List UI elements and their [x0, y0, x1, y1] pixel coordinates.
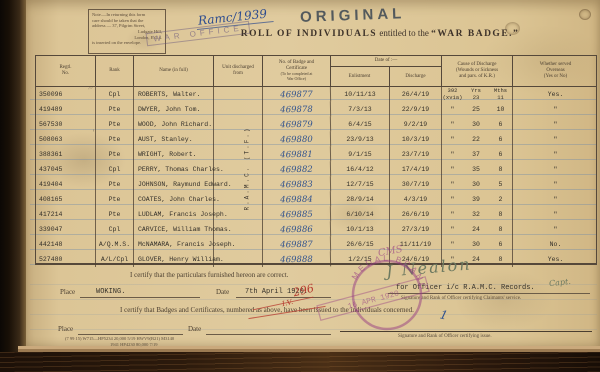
cell-rank: Pte: [96, 192, 134, 207]
table-row: 388361PteWRIGHT, Robert.4698819/1/1523/7…: [36, 147, 596, 162]
col-regtl-no: Regtl. No.: [36, 56, 96, 86]
col-label: Date of :—: [331, 56, 441, 67]
cell-discharge: 26/6/19: [390, 207, 442, 222]
svg-text:16 APR 1920: 16 APR 1920: [347, 289, 401, 311]
cell-unit: [214, 162, 263, 177]
cell-cause: ": [442, 117, 463, 132]
col-label: and pars. of K.R.): [459, 74, 495, 80]
cell-regtl-no: 339047: [36, 222, 96, 237]
table-row: 417214PteLUDLAM, Francis Joseph.4698856/…: [36, 207, 596, 222]
col-cause: Cause of Discharge (Wounds or Sickness a…: [442, 56, 513, 86]
cell-badge-no: 469886: [263, 221, 331, 237]
cell-months: 6: [489, 132, 513, 147]
cell-enlistment: 10/11/13: [331, 87, 390, 102]
cell-unit: [214, 252, 263, 267]
cell-cause: ": [442, 162, 463, 177]
cell-enlistment: 10/1/13: [331, 222, 390, 237]
table-header: Regtl. No. Rank Name (in full) Unit disc…: [36, 56, 596, 87]
cell-discharge: 17/4/19: [390, 162, 442, 177]
cell-discharge: 23/7/19: [390, 147, 442, 162]
form-title-badge: “WAR BADGE.”: [431, 29, 519, 39]
col-label: War Office): [287, 77, 306, 82]
place2-underline: [78, 334, 183, 335]
cell-cause: ": [442, 222, 463, 237]
cell-months: 8: [489, 222, 513, 237]
cell-regtl-no: 508063: [36, 132, 96, 147]
cell-discharge: 22/9/19: [390, 102, 442, 117]
cell-regtl-no: 567530: [36, 117, 96, 132]
cell-name: ROBERTS, Walter.: [134, 87, 214, 102]
cell-discharge: 26/4/19: [390, 87, 442, 102]
cell-years: 24: [463, 222, 489, 237]
table-row: 567530PteWOOD, John Richard.4698796/4/15…: [36, 117, 596, 132]
form-title-mid: entitled to the: [379, 28, 429, 38]
cell-rank: Pte: [96, 102, 134, 117]
unit-vertical-text: R.A.M.C. (T.F.): [244, 114, 251, 224]
cell-unit: [214, 147, 263, 162]
cell-rank: Pte: [96, 147, 134, 162]
cell-name: PERRY, Thomas Charles.: [134, 162, 214, 177]
cell-cause: ": [442, 237, 463, 252]
cell-regtl-no: 417214: [36, 207, 96, 222]
cell-years: 37: [463, 147, 489, 162]
cell-overseas: ": [513, 207, 598, 222]
col-dates: Date of :— Enlistment Discharge: [331, 56, 442, 86]
cell-name: JOHNSON, Raymund Edward.: [134, 177, 214, 192]
place-value: WOKING.: [96, 288, 125, 296]
cell-regtl-no: 419489: [36, 102, 96, 117]
col-badge-no: No. of Badge and Certificate (To be comp…: [263, 56, 331, 86]
table-row: 437045CplPERRY, Thomas Charles.46988216/…: [36, 162, 596, 177]
cell-months: 8: [489, 252, 513, 267]
book-binding: [0, 0, 26, 352]
cell-months: 5: [489, 177, 513, 192]
cell-months: Mths11: [489, 87, 513, 102]
col-label: No.: [62, 71, 69, 77]
roll-table: Regtl. No. Rank Name (in full) Unit disc…: [35, 55, 597, 265]
cell-unit: [214, 102, 263, 117]
cell-enlistment: 6/10/14: [331, 207, 390, 222]
col-label: Name (in full): [159, 68, 188, 74]
cell-enlistment: 6/4/15: [331, 117, 390, 132]
cell-months: 10: [489, 102, 513, 117]
date2-label: Date: [188, 325, 201, 333]
col-enlistment: Enlistment: [331, 67, 390, 86]
table-row: 350096CplROBERTS, Walter.46987710/11/132…: [36, 87, 596, 102]
cell-overseas: No.: [513, 237, 598, 252]
cell-badge-no: 469878: [263, 101, 331, 117]
place-label: Place: [60, 288, 75, 296]
cell-years: 30: [463, 117, 489, 132]
cell-name: WOOD, John Richard.: [134, 117, 214, 132]
cell-unit: [214, 207, 263, 222]
cell-discharge: 30/7/19: [390, 177, 442, 192]
cell-name: DWYER, John Tom.: [134, 102, 214, 117]
cell-cause: ": [442, 207, 463, 222]
date-label: Date: [216, 288, 229, 296]
cell-years: 39: [463, 192, 489, 207]
table-row: 408165PteCOATES, John Charles.46988428/9…: [36, 192, 596, 207]
cell-name: LUDLAM, Francis Joseph.: [134, 207, 214, 222]
form-title-roll: ROLL OF INDIVIDUALS: [241, 29, 377, 39]
col-name: Name (in full): [134, 56, 214, 86]
cell-enlistment: 23/9/13: [331, 132, 390, 147]
cell-unit: [214, 222, 263, 237]
cell-rank: Pte: [96, 207, 134, 222]
cell-unit: [214, 177, 263, 192]
cell-overseas: Yes.: [513, 87, 598, 102]
cell-years: 25: [463, 102, 489, 117]
col-discharge: Discharge: [390, 74, 442, 80]
cell-enlistment: 12/7/15: [331, 177, 390, 192]
cell-overseas: ": [513, 177, 598, 192]
cell-discharge: 4/3/19: [390, 192, 442, 207]
date-subcolumns: Enlistment Discharge: [331, 67, 442, 86]
cell-years: Yrs23: [463, 87, 489, 102]
cell-unit: [214, 132, 263, 147]
cell-rank: Pte: [96, 177, 134, 192]
cell-years: 22: [463, 132, 489, 147]
cell-name: AUST, Stanley.: [134, 132, 214, 147]
pencil-mark: ′: [92, 128, 94, 138]
cell-unit: [214, 87, 263, 102]
print-reference: (7 99 15) W715—HP5234 20,000 5/19 HWV9(B…: [65, 336, 174, 341]
cell-overseas: ": [513, 102, 598, 117]
cell-cause: 392(xvia): [442, 87, 463, 102]
cell-rank: A/Q.M.S.: [96, 237, 134, 252]
cell-overseas: ": [513, 147, 598, 162]
cell-regtl-no: 388361: [36, 147, 96, 162]
cell-overseas: ": [513, 192, 598, 207]
col-unit: Unit discharged from: [214, 56, 263, 86]
medal-branch-stamp: MEDAL BRANCH 16 APR 1920: [312, 250, 442, 342]
table-body: 350096CplROBERTS, Walter.46987710/11/132…: [36, 87, 596, 267]
cell-overseas: ": [513, 132, 598, 147]
cell-regtl-no: 527480: [36, 252, 96, 267]
cell-enlistment: 7/3/13: [331, 102, 390, 117]
col-label: Rank: [109, 68, 120, 74]
certify-particulars-text: I certify that the particulars furnished…: [130, 271, 288, 279]
table-row: 419489PteDWYER, John Tom.4698787/3/1322/…: [36, 102, 596, 117]
punch-hole: [579, 9, 591, 20]
cell-rank: Cpl: [96, 87, 134, 102]
cell-badge-no: 469884: [263, 191, 331, 207]
cell-regtl-no: 408165: [36, 192, 96, 207]
cell-years: 35: [463, 162, 489, 177]
col-label: from: [233, 71, 243, 77]
cell-overseas: ": [513, 117, 598, 132]
svg-text:MEDAL BRANCH: MEDAL BRANCH: [312, 250, 429, 292]
cell-cause: ": [442, 192, 463, 207]
table-row: 339047CplCARVICE, William Thomas.4698861…: [36, 222, 596, 237]
col-rank: Rank: [96, 56, 134, 86]
cell-overseas: ": [513, 162, 598, 177]
cell-regtl-no: 437045: [36, 162, 96, 177]
cell-cause: ": [442, 177, 463, 192]
cell-cause: ": [442, 132, 463, 147]
cell-overseas: ": [513, 222, 598, 237]
cell-regtl-no: 419404: [36, 177, 96, 192]
cell-unit: [214, 237, 263, 252]
cell-badge-no: 469885: [263, 206, 331, 222]
cell-name: GLOVER, Henry William.: [134, 252, 214, 267]
cell-years: 32: [463, 207, 489, 222]
wood-table-background: [0, 352, 600, 372]
cell-enlistment: 28/9/14: [331, 192, 390, 207]
form-title: ROLL OF INDIVIDUALS entitled to the “WAR…: [170, 28, 590, 39]
cell-regtl-no: 350096: [36, 87, 96, 102]
cell-discharge: 10/3/19: [390, 132, 442, 147]
print-reference: 1941 HP4230 80,000 7/19: [110, 342, 158, 347]
cell-badge-no: 469880: [263, 131, 331, 147]
cell-months: 6: [489, 117, 513, 132]
cell-years: 30: [463, 237, 489, 252]
cell-months: 8: [489, 207, 513, 222]
cell-name: WRIGHT, Robert.: [134, 147, 214, 162]
cell-cause: ": [442, 102, 463, 117]
cell-name: McNAMARA, Francis Joseph.: [134, 237, 214, 252]
cell-unit: [214, 117, 263, 132]
cell-unit: [214, 192, 263, 207]
table-row: 508063PteAUST, Stanley.46988023/9/1310/3…: [36, 132, 596, 147]
place2-label: Place: [58, 325, 73, 333]
cell-months: 6: [489, 147, 513, 162]
cell-rank: Cpl: [96, 162, 134, 177]
cell-name: COATES, John Charles.: [134, 192, 214, 207]
cell-enlistment: 9/1/15: [331, 147, 390, 162]
cell-cause: ": [442, 147, 463, 162]
cell-rank: Pte: [96, 132, 134, 147]
cell-rank: A/L/Cpl: [96, 252, 134, 267]
cell-name: CARVICE, William Thomas.: [134, 222, 214, 237]
cell-badge-no: 469882: [263, 161, 331, 177]
cell-badge-no: 469879: [263, 116, 331, 132]
cell-overseas: Yes.: [513, 252, 598, 267]
cell-rank: Cpl: [96, 222, 134, 237]
cell-rank: Pte: [96, 117, 134, 132]
scanned-document-photo: Note.—In returning this form care should…: [0, 0, 600, 372]
cell-years: 30: [463, 177, 489, 192]
cell-badge-no: 469883: [263, 176, 331, 192]
cell-regtl-no: 442148: [36, 237, 96, 252]
cell-discharge: 9/2/19: [390, 117, 442, 132]
table-row: 419404PteJOHNSON, Raymund Edward.4698831…: [36, 177, 596, 192]
place-underline: [80, 297, 200, 298]
cell-months: 2: [489, 192, 513, 207]
cell-enlistment: 16/4/12: [331, 162, 390, 177]
col-overseas: Whether served Overseas (Yes or No): [513, 56, 598, 86]
cell-discharge: 27/3/19: [390, 222, 442, 237]
cell-badge-no: 469881: [263, 146, 331, 162]
col-label: (Yes or No): [544, 74, 567, 80]
cell-months: 8: [489, 162, 513, 177]
cell-badge-no: 469877: [263, 86, 331, 102]
cell-months: 6: [489, 237, 513, 252]
